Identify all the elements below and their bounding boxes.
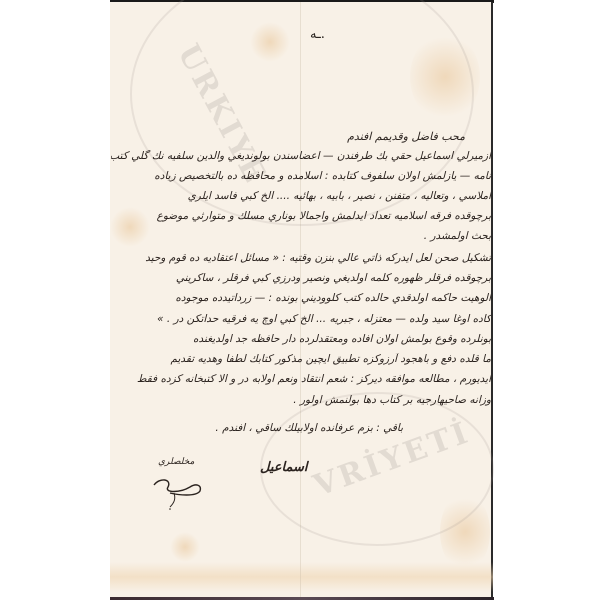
signature-scrawl-icon [150, 471, 210, 511]
letter-paper: URKIYE VRİYETİ ـه. محب فاضل وقديمم افندم… [110, 2, 493, 597]
closing-line: باقي : بزم عرفانده اولابيلك ساقي ، افندم… [123, 422, 403, 434]
signature-label: مخلصلري [158, 457, 194, 467]
letter-line: ما قلده دفع و باهجود آرزوكزه تطبيق ايچين… [111, 353, 491, 365]
letter-line: برچوقده فرقلر ظهوره كلمه اولديغي ونصير و… [111, 272, 491, 284]
letter-line: نامه — يازلمش اولان سلفوف كتابده : اسلام… [111, 170, 491, 182]
letter-line: ايديورم ، مطالعه موافقه ديركز : شعم انتق… [111, 373, 491, 385]
letter-line: برچوقده فرقه اسلاميه تعداد ايدلمش واجمال… [111, 210, 491, 222]
letter-line: الوهيت حاكمه اولدقدي حالده كتب كلووديني … [111, 292, 491, 304]
letter-line: كاده اوغا سيد ولده — معتزله ، جبريه ... … [111, 313, 491, 325]
signature-block: مخلصلري [150, 457, 210, 512]
salutation: محب فاضل وقديمم افندم [347, 130, 465, 143]
letter-line: ازميرلي اسماعيل حقي بك طرفندن — اعضاسندن… [111, 150, 491, 162]
letter-line: املاسي ، وتعاليه ، متفنن ، نصير ، بابيه … [111, 190, 491, 202]
letter-line: وزانه صاحيهارجيه بر كتاب دها بولنمش اولو… [111, 394, 491, 406]
letter-line: بونلرده وقوع بولمش اولان افاده ومعتقدلرد… [111, 333, 491, 345]
sender-signature: اسماعيل [260, 460, 308, 475]
letter-line: تشكيل صحن لعل ايدركه ذاتي عالي بنزن وقتي… [111, 252, 491, 264]
letter-line: بحث اولمشدر . [111, 230, 491, 242]
